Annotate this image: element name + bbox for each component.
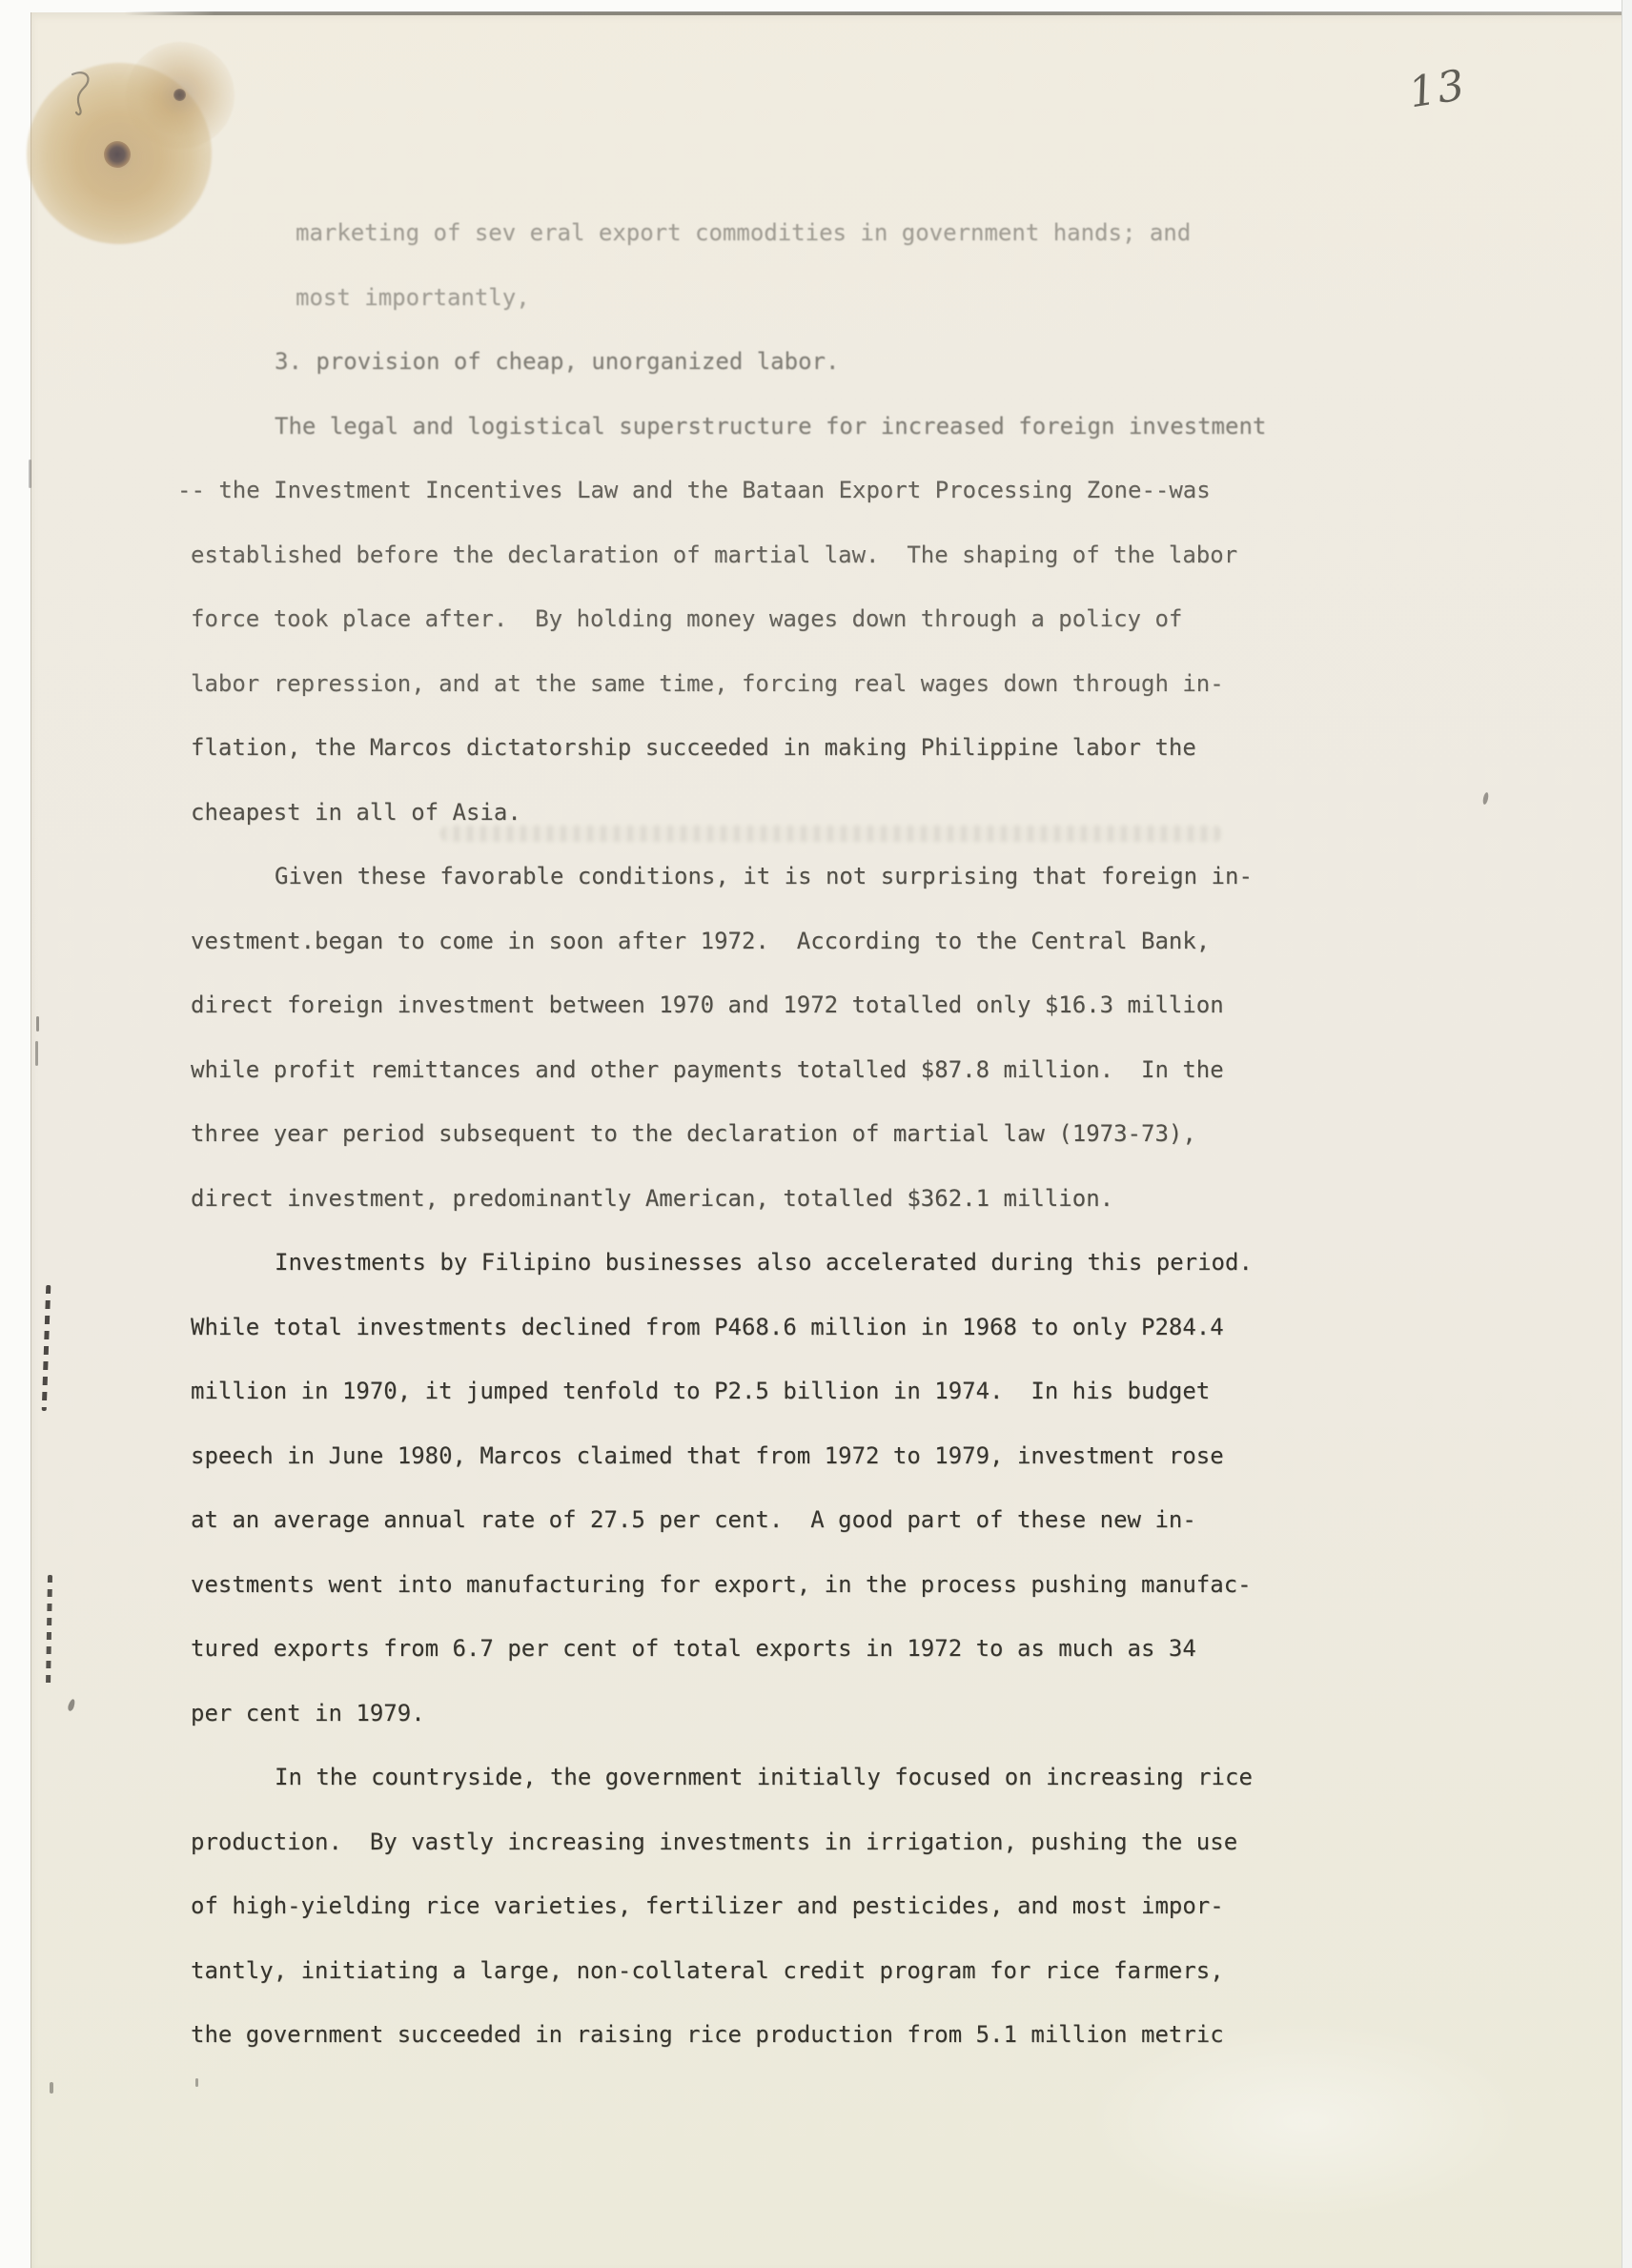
- typed-line: force took place after. By holding money…: [177, 587, 1512, 652]
- typed-line: Investments by Filipino businesses also …: [177, 1231, 1512, 1296]
- scanned-document: 13 marketing of sev eral export commodit…: [0, 0, 1632, 2268]
- typed-line: marketing of sev eral export commodities…: [177, 201, 1512, 266]
- typed-line: Given these favorable conditions, it is …: [177, 845, 1512, 909]
- ink-mark: [35, 1041, 38, 1066]
- typed-line: direct foreign investment between 1970 a…: [177, 973, 1512, 1038]
- ink-mark: [195, 2078, 198, 2087]
- typed-line: per cent in 1979.: [177, 1682, 1512, 1747]
- typed-line: -- the Investment Incentives Law and the…: [177, 459, 1512, 523]
- typed-line: In the countryside, the government initi…: [177, 1746, 1512, 1810]
- typed-line: at an average annual rate of 27.5 per ce…: [177, 1488, 1512, 1553]
- typed-line: production. By vastly increasing investm…: [177, 1810, 1512, 1875]
- typed-line: speech in June 1980, Marcos claimed that…: [177, 1424, 1512, 1489]
- typed-line: while profit remittances and other payme…: [177, 1038, 1512, 1103]
- typed-lines: marketing of sev eral export commodities…: [177, 201, 1512, 2068]
- typed-line: cheapest in all of Asia.: [177, 781, 1512, 846]
- scan-light-patch: [1087, 2021, 1525, 2221]
- page-top-edge: [124, 11, 1632, 15]
- typed-line: tantly, initiating a large, non-collater…: [177, 1939, 1512, 2004]
- ink-mark: [29, 460, 31, 488]
- typed-line: direct investment, predominantly America…: [177, 1167, 1512, 1232]
- ink-mark: [36, 1016, 39, 1032]
- typed-line: tured exports from 6.7 per cent of total…: [177, 1617, 1512, 1682]
- typed-line: established before the declaration of ma…: [177, 523, 1512, 588]
- typed-line: The legal and logistical superstructure …: [177, 395, 1512, 460]
- page-number: 13: [1405, 61, 1469, 118]
- burn-stain-small-core: [173, 89, 186, 101]
- typed-line: vestment.began to come in soon after 197…: [177, 909, 1512, 974]
- burn-stain-large-core: [104, 141, 131, 168]
- page-right-edge: [1622, 0, 1632, 2268]
- typed-line: of high-yielding rice varieties, fertili…: [177, 1874, 1512, 1939]
- typed-line: most importantly,: [177, 266, 1512, 331]
- typed-line: three year period subsequent to the decl…: [177, 1102, 1512, 1167]
- typed-line: 3. provision of cheap, unorganized labor…: [177, 330, 1512, 395]
- ink-mark: [50, 2082, 53, 2094]
- typed-line: flation, the Marcos dictatorship succeed…: [177, 716, 1512, 781]
- typed-line: While total investments declined from P4…: [177, 1296, 1512, 1360]
- typed-line: vestments went into manufacturing for ex…: [177, 1553, 1512, 1618]
- typed-line: million in 1970, it jumped tenfold to P2…: [177, 1359, 1512, 1424]
- typed-line: labor repression, and at the same time, …: [177, 652, 1512, 717]
- pencil-squiggle: [61, 67, 103, 120]
